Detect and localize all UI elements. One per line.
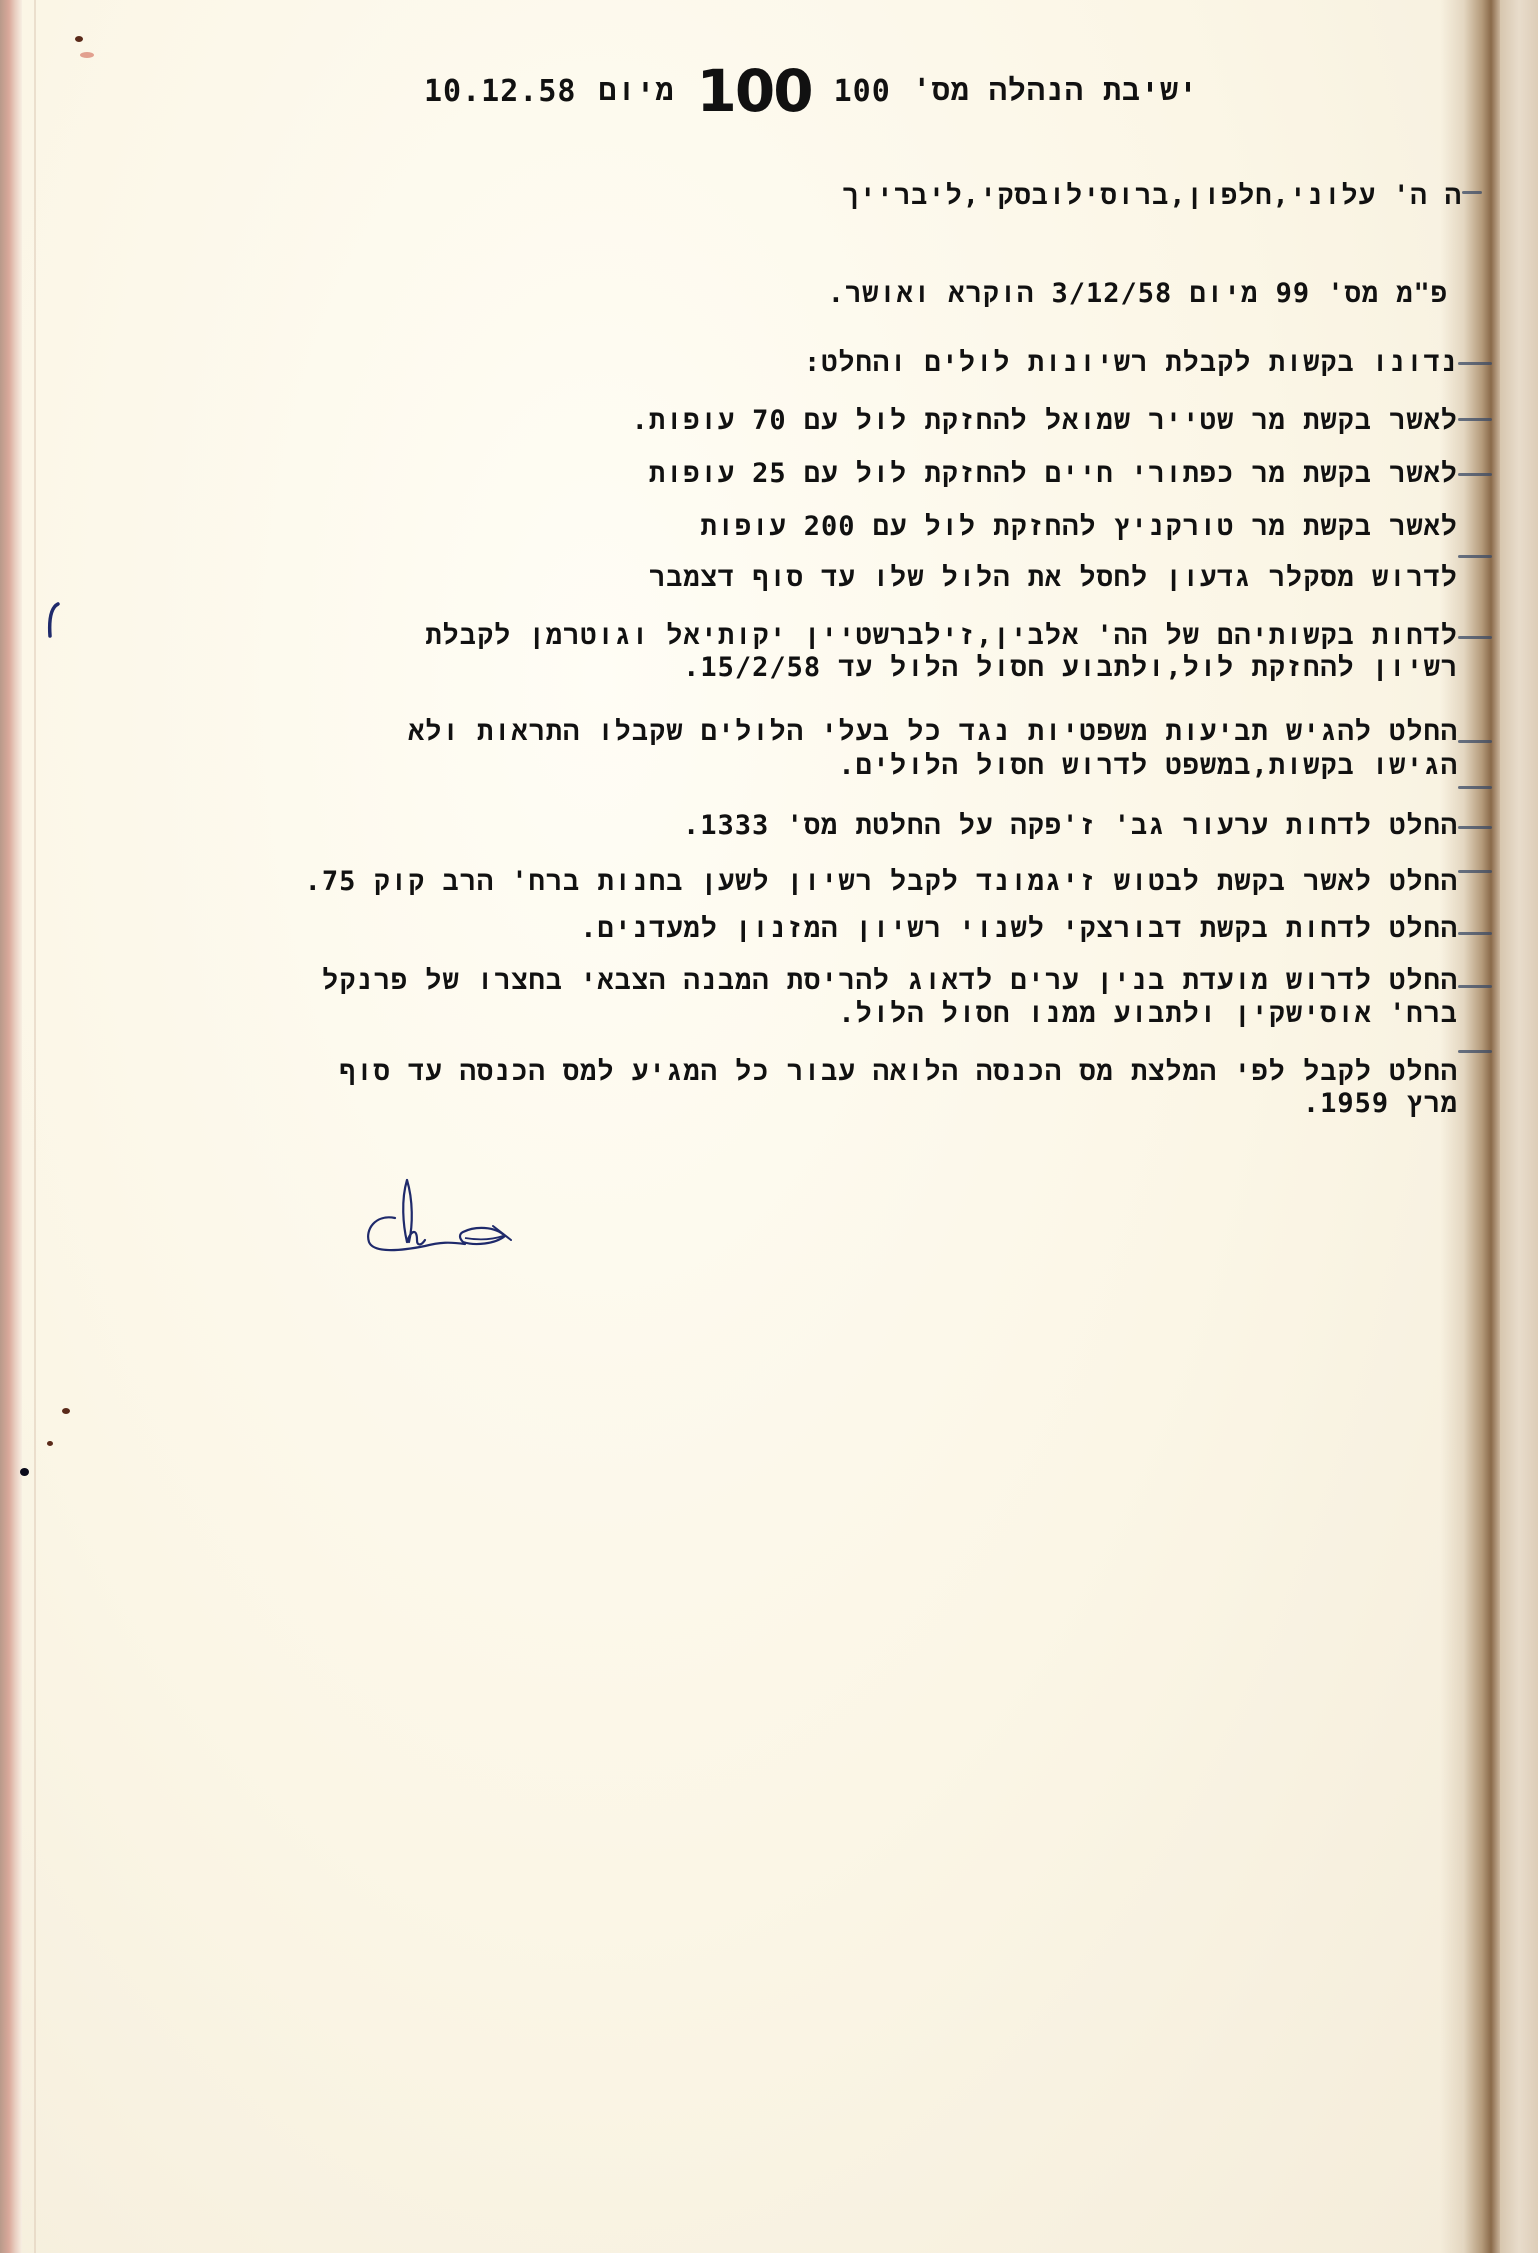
binding-mark: [1458, 985, 1492, 988]
ink-spot: [75, 36, 83, 42]
binding-mark: [1458, 1050, 1492, 1053]
decision-income-tax-line-1: החלט לקבל לפי המלצת מס הכנסה הלואה עבור …: [339, 1056, 1458, 1089]
meeting-header: ישיבת הנהלה מס' 100 100 מיום 10.12.58: [424, 62, 1198, 120]
approval-item: לאשר בקשת מר כפתורי חיים להחזקת לול עם 2…: [649, 458, 1458, 491]
previous-minutes-line: פ"מ מס' 99 מיום 3/12/58 הוקרא ואושר.: [828, 278, 1448, 311]
date-prefix: מיום: [598, 73, 674, 110]
approval-item: לאשר בקשת מר טורקניץ להחזקת לול עם 200 ע…: [700, 511, 1458, 544]
margin-bracket-mark: [44, 600, 64, 640]
binding-gutter: [1440, 0, 1500, 2253]
rejection-line-1: לדחות בקשותיהם של הה' אלבין,זילברשטיין י…: [425, 620, 1458, 653]
page-fold-line: [34, 0, 36, 2253]
handwritten-signature: [355, 1170, 535, 1260]
paper-sheet: [22, 0, 1462, 2253]
binding-mark: [1458, 786, 1492, 789]
binding-mark: [1458, 418, 1492, 421]
decision-watchmaker-license: החלט לאשר בקשת לבטוש זיגמונד לקבל רשיון …: [305, 866, 1458, 899]
meeting-number: 100: [834, 74, 891, 109]
binding-mark: [1458, 636, 1492, 639]
rejection-line-2: רשיון להחזקת לול,ולתבוע חסול הלול עד 15/…: [683, 652, 1458, 685]
page-left-edge: [0, 0, 22, 2253]
punch-hole-dot: [20, 1468, 29, 1476]
attendees-line: ה ה' עלוני,חלפון,ברוסילובסקי,ליברייך: [842, 180, 1462, 213]
binding-mark: [1458, 555, 1492, 558]
binding-mark: [1458, 932, 1492, 935]
decision-income-tax-line-2: מרץ 1959.: [1303, 1088, 1458, 1121]
approval-item: לאשר בקשת מר שטייר שמואל להחזקת לול עם 7…: [632, 405, 1458, 438]
meeting-title: ישיבת הנהלה מס': [913, 73, 1198, 110]
meeting-date: 10.12.58: [424, 74, 577, 109]
decision-lawsuits-line-1: החלט להגיש תביעות משפטיות נגד כל בעלי הל…: [408, 716, 1458, 749]
decision-lawsuits-line-2: הגישו בקשות,במשפט לדרוש חסול הלולים.: [838, 750, 1458, 783]
binding-mark: [1458, 473, 1492, 476]
stain-spot: [80, 52, 94, 58]
decision-snackbar-license: החלט לדחות בקשת דבורצקי לשנוי רשיון המזנ…: [580, 913, 1458, 946]
decision-appeal: החלט לדחות ערעור גב' ז'פקה על החלטת מס' …: [683, 810, 1458, 843]
decision-demolition-line-2: ברח' אוסישקין ולתבוע ממנו חסול הלול.: [838, 998, 1458, 1031]
ink-spot: [62, 1408, 70, 1414]
decision-demolition-line-1: החלט לדרוש מועדת בנין ערים לדאוג להריסת …: [322, 965, 1458, 998]
demand-item: לדרוש מסקלר גדעון לחסל את הלול שלו עד סו…: [649, 562, 1458, 595]
adjacent-page-edge: [1500, 0, 1538, 2253]
binding-mark: [1458, 362, 1492, 365]
licenses-intro: נדונו בקשות לקבלת רשיונות לולים והחלט:: [804, 347, 1458, 380]
binding-mark: [1458, 826, 1492, 829]
binding-mark: [1462, 191, 1482, 194]
binding-mark: [1458, 740, 1492, 743]
stamped-number: 100: [697, 62, 812, 120]
binding-mark: [1458, 870, 1492, 873]
ink-spot: [47, 1441, 53, 1446]
